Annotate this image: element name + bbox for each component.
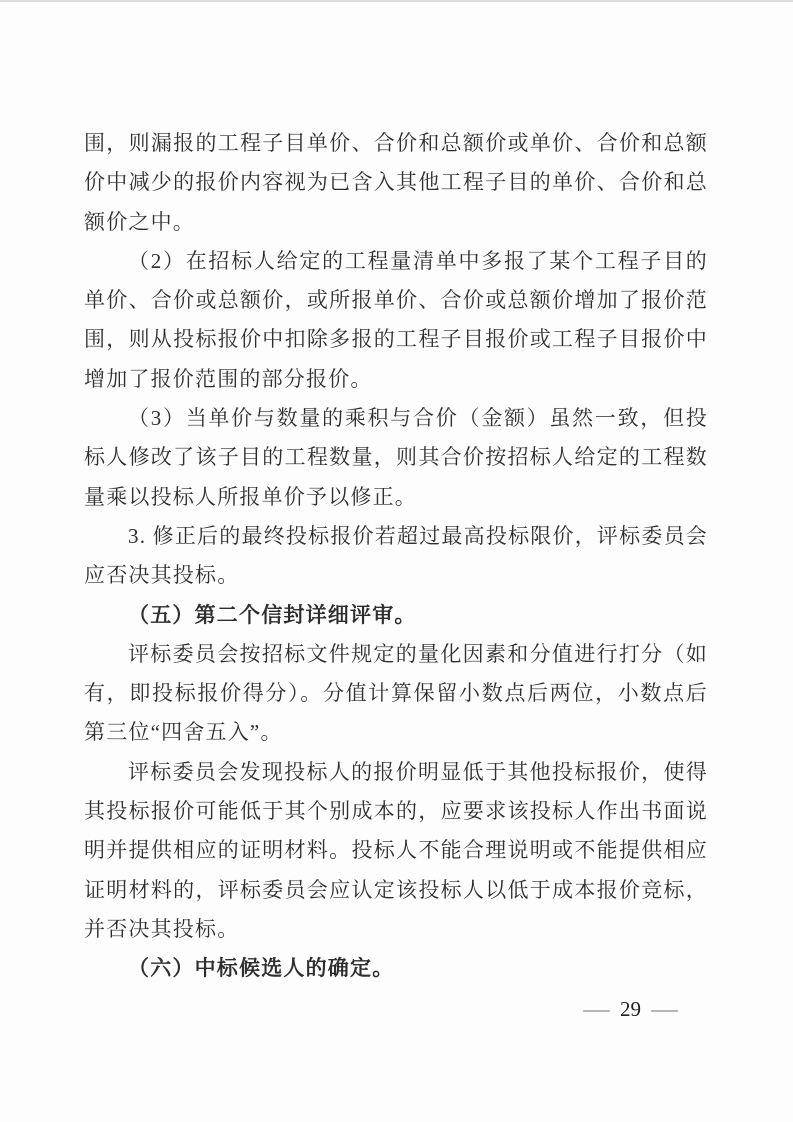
scan-edge-line xyxy=(0,0,793,2)
paragraph-continuation: 围，则漏报的工程子目单价、合价和总额价或单价、合价和总额价中减少的报价内容视为已… xyxy=(84,124,708,242)
page-number-dash-left: — xyxy=(583,997,609,1022)
paragraph-below-cost-bid: 评标委员会发现投标人的报价明显低于其他投标报价，使得其投标报价可能低于其个别成本… xyxy=(84,753,708,949)
paragraph-point-3: 3. 修正后的最终投标报价若超过最高投标限价，评标委员会应否决其投标。 xyxy=(84,517,708,596)
document-page: 围，则漏报的工程子目单价、合价和总额价或单价、合价和总额价中减少的报价内容视为已… xyxy=(0,0,793,1122)
page-number-dash-right: — xyxy=(651,997,677,1022)
paragraph-scoring-rules: 评标委员会按招标文件规定的量化因素和分值进行打分（如有，即投标报价得分）。分值计… xyxy=(84,635,708,753)
paragraph-clause-3: （3）当单价与数量的乘积与合价（金额）虽然一致，但投标人修改了该子目的工程数量，… xyxy=(84,399,708,517)
document-body: 围，则漏报的工程子目单价、合价和总额价或单价、合价和总额价中减少的报价内容视为已… xyxy=(84,124,708,989)
paragraph-clause-2: （2）在招标人给定的工程量清单中多报了某个工程子目的单价、合价或总额价，或所报单… xyxy=(84,242,708,399)
page-number-value: 29 xyxy=(620,997,641,1022)
heading-section-5-second-envelope-review: （五）第二个信封详细评审。 xyxy=(84,596,708,635)
heading-section-6-winning-candidate: （六）中标候选人的确定。 xyxy=(84,949,708,988)
page-number: — 29 — xyxy=(586,997,675,1022)
